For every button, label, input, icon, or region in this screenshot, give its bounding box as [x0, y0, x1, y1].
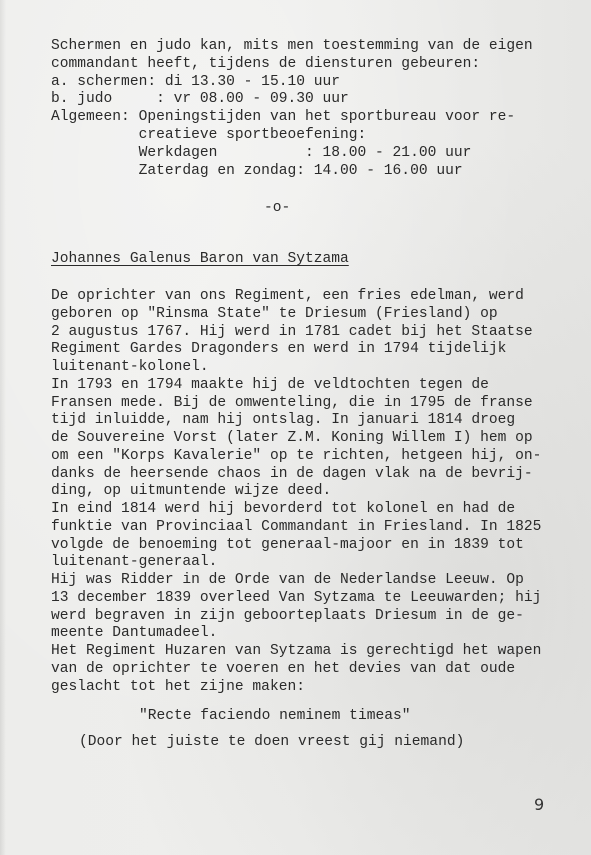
document-page: Schermen en judo kan, mits men toestemmi… — [0, 0, 591, 855]
text-line: Algemeen: Openingstijden van het sportbu… — [51, 108, 515, 126]
text-line: luitenant-kolonel. — [51, 358, 209, 376]
text-line: In eind 1814 werd hij bevorderd tot kolo… — [51, 500, 515, 518]
text-line: 2 augustus 1767. Hij werd in 1781 cadet … — [51, 323, 533, 341]
motto: "Recte faciendo neminem timeas" — [139, 707, 411, 725]
text-line: luitenant-generaal. — [51, 553, 217, 571]
section-separator: -o- — [264, 199, 290, 217]
text-line: volgde de benoeming tot generaal-majoor … — [51, 536, 524, 554]
text-line: om een "Korps Kavalerie" op te richten, … — [51, 447, 541, 465]
text-line: de Souvereine Vorst (later Z.M. Koning W… — [51, 429, 533, 447]
text-line: Hij was Ridder in de Orde van de Nederla… — [51, 571, 524, 589]
text-line: Schermen en judo kan, mits men toestemmi… — [51, 37, 533, 55]
text-line: Het Regiment Huzaren van Sytzama is gere… — [51, 642, 541, 660]
page-number: 9 — [534, 795, 544, 814]
text-line: Regiment Gardes Dragonders en werd in 17… — [51, 340, 506, 358]
text-line: commandant heeft, tijdens de diensturen … — [51, 55, 480, 73]
text-line: De oprichter van ons Regiment, een fries… — [51, 287, 524, 305]
text-line: creatieve sportbeoefening: — [51, 126, 366, 144]
text-line: 13 december 1839 overleed Van Sytzama te… — [51, 589, 541, 607]
text-line: Fransen mede. Bij de omwenteling, die in… — [51, 394, 533, 412]
text-line: meente Dantumadeel. — [51, 624, 217, 642]
text-line: funktie van Provinciaal Commandant in Fr… — [51, 518, 541, 536]
text-line: tijd inluidde, nam hij ontslag. In janua… — [51, 411, 515, 429]
text-line: danks de heersende chaos in de dagen vla… — [51, 465, 533, 483]
text-line: geboren op "Rinsma State" te Driesum (Fr… — [51, 305, 498, 323]
text-line: ding, op uitmuntende wijze deed. — [51, 482, 331, 500]
text-line: geslacht tot het zijne maken: — [51, 678, 305, 696]
text-line: Zaterdag en zondag: 14.00 - 16.00 uur — [51, 162, 463, 180]
text-line: Werkdagen : 18.00 - 21.00 uur — [51, 144, 471, 162]
section-heading: Johannes Galenus Baron van Sytzama — [51, 250, 349, 268]
text-line: b. judo : vr 08.00 - 09.30 uur — [51, 90, 349, 108]
motto-translation: (Door het juiste te doen vreest gij niem… — [79, 733, 464, 751]
text-line: a. schermen: di 13.30 - 15.10 uur — [51, 73, 340, 91]
text-line: werd begraven in zijn geboorteplaats Dri… — [51, 607, 524, 625]
text-line: In 1793 en 1794 maakte hij de veldtochte… — [51, 376, 489, 394]
text-line: van de oprichter te voeren en het devies… — [51, 660, 515, 678]
